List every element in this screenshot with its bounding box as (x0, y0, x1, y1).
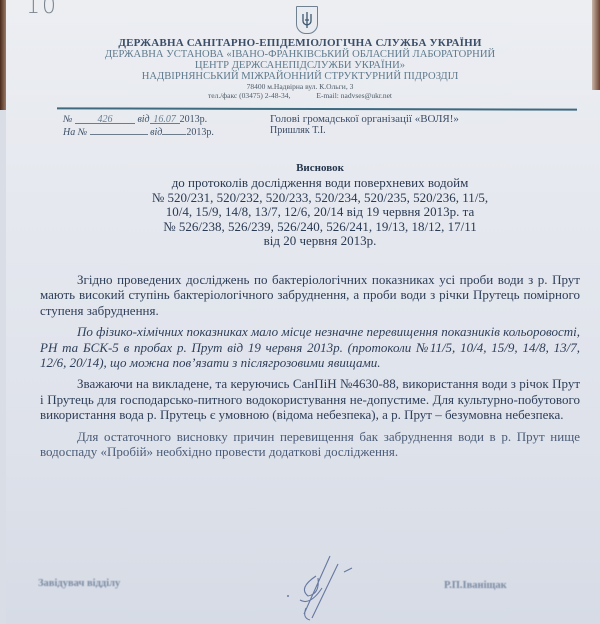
conclusion-subtitle-line: № 520/231, 520/232, 520/233, 520/234, 52… (60, 191, 580, 206)
addressee-organization: Голові громадської організації «ВОЛЯ!» (270, 113, 459, 125)
outgoing-date: 16.07 (150, 114, 180, 124)
conclusion-subtitle-line: 10/4, 15/9, 14/8, 13/7, 12/6, 20/14 від … (60, 205, 580, 220)
conclusion-body: Згідно проведених досліджень по бактеріо… (40, 272, 580, 459)
trident-icon (300, 11, 314, 29)
letterhead-institution-cont: ЦЕНТР ДЕРЖСАНЕПІДСЛУЖБИ УКРАЇНИ» (0, 60, 600, 71)
paragraph-further-research: Для остаточного висновку причин перевище… (40, 429, 580, 460)
paragraph-bacteriology: Згідно проведених досліджень по бактеріо… (40, 272, 580, 318)
conclusion-subtitle-line: від 20 червня 2013р. (60, 234, 580, 249)
conclusion-subtitle-line: до протоколів дослідження води поверхнев… (60, 176, 580, 191)
outgoing-reference: № 426 від16.072013р. (63, 114, 214, 125)
paragraph-sanpin-assessment: Зважаючи на викладене, та керуючись СанП… (40, 376, 580, 422)
conclusion-subtitle-line: № 526/238, 526/239, 526/240, 526/241, 19… (60, 220, 580, 235)
letterhead-division: НАДВІРНЯНСЬКИЙ МІЖРАЙОННИЙ СТРУКТУРНИЙ П… (0, 71, 600, 82)
handwritten-signature-icon (280, 548, 360, 624)
letterhead-email: E-mail: nadvses@ukr.net (316, 91, 392, 100)
letterhead-institution: ДЕРЖАВНА УСТАНОВА «ІВАНО-ФРАНКІВСЬКИЙ ОБ… (0, 49, 600, 60)
letterhead-ministry: ДЕРЖАВНА САНІТАРНО-ЕПІДЕМІОЛОГІЧНА СЛУЖБ… (0, 37, 600, 49)
outgoing-from-label: від (137, 114, 149, 125)
incoming-no-label: На № (63, 127, 87, 138)
addressee-block: Голові громадської організації «ВОЛЯ!» П… (270, 113, 459, 137)
paragraph-physicochemical: По фізико-хімічних показниках мало місце… (40, 324, 580, 370)
outgoing-number: 426 (75, 114, 135, 124)
handwritten-page-number: 10 (26, 0, 58, 19)
letterhead-contacts: тел./факс (03475) 2-48-34,E-mail: nadvse… (0, 91, 600, 100)
signer-position: Завідувач відділу (38, 578, 120, 589)
incoming-number (90, 125, 148, 135)
incoming-year: 2013р. (186, 127, 214, 138)
conclusion-title-block: Висновок до протоколів дослідження води … (60, 162, 580, 249)
conclusion-heading: Висновок (60, 162, 580, 174)
outgoing-year: 2013р. (180, 114, 208, 125)
letterhead-phone: тел./факс (03475) 2-48-34, (208, 91, 290, 100)
signer-name: Р.П.Іваніщак (444, 580, 507, 591)
trident-coat-of-arms-icon (296, 6, 318, 34)
incoming-date (162, 125, 186, 135)
addressee-name: Пришляк Т.І. (270, 125, 459, 137)
reference-block: № 426 від16.072013р. На № від2013р. (63, 114, 214, 136)
incoming-from-label: від (150, 127, 162, 138)
outgoing-no-label: № (63, 114, 72, 125)
letterhead-address: 78400 м.Надвірна вул. К.Ольги, 3 (0, 82, 600, 91)
incoming-reference: На № від2013р. (63, 125, 214, 136)
